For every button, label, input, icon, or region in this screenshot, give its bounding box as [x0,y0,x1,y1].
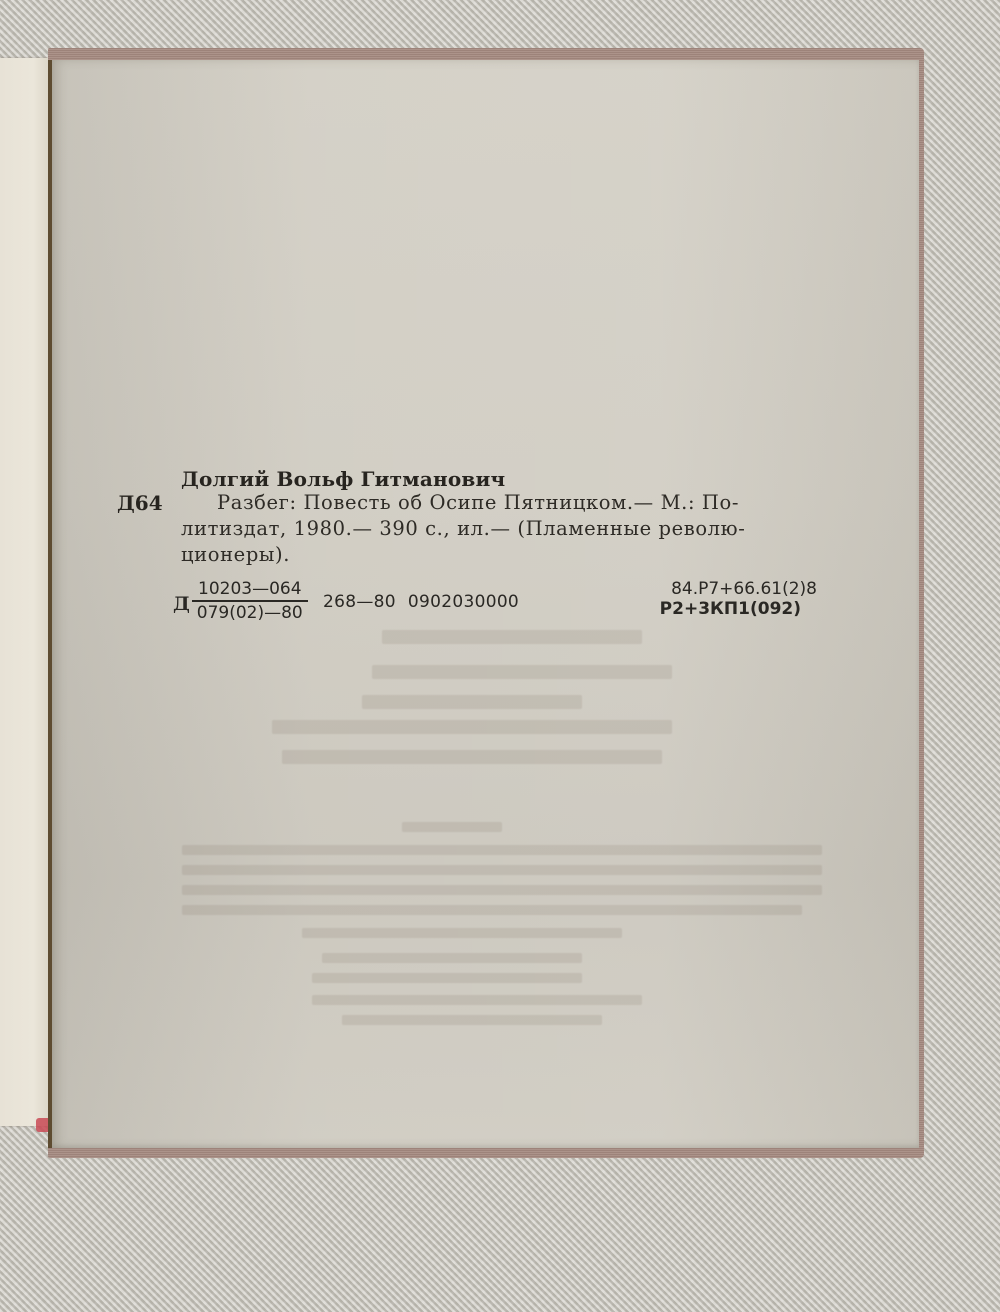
description-line-3: ционеры). [181,543,290,566]
call-number: Д64 [117,491,163,515]
author-name: Долгий Вольф Гитманович [181,467,505,491]
classification-codes: 84.Р7+66.61(2)8 Р2+3КП1(092) [647,579,817,619]
left-page [0,58,50,1126]
index-code-fraction: 10203—064 079(02)—80 [192,579,308,623]
index-code-denominator: 079(02)—80 [192,602,308,623]
classification-code-2: Р2+3КП1(092) [647,599,817,619]
classification-code-1: 84.Р7+66.61(2)8 [647,579,817,599]
binding-thread [48,60,52,1148]
order-number: 268—80 [323,592,396,612]
index-code-numerator: 10203—064 [192,579,308,602]
serial-number: 0902030000 [408,592,519,612]
index-code-prefix: Д [173,593,190,615]
description-line-2: литиздат, 1980.— 390 с., ил.— (Пламенные… [181,517,745,540]
description-line-1: Разбег: Повесть об Осипе Пятницком.— М.:… [217,491,739,514]
index-code-tail: 268—800902030000 [323,592,519,612]
